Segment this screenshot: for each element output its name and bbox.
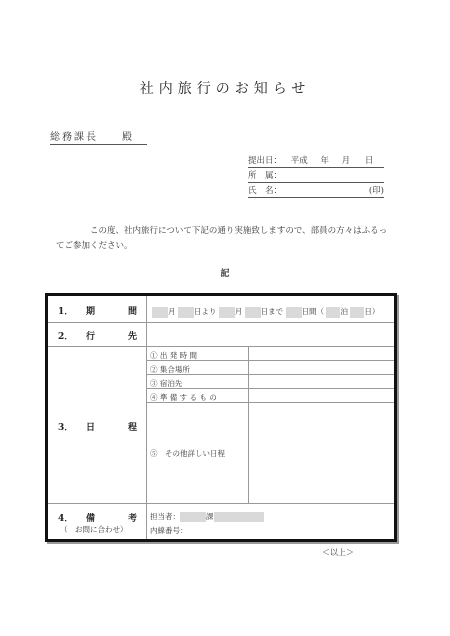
destination-input[interactable] [147,323,394,346]
seal-label: (印) [369,185,384,197]
row-remarks-label-a: 備 [86,511,95,524]
total-days-input[interactable] [350,307,364,318]
month-label: 月 [342,155,351,167]
contact-name-input[interactable] [214,512,264,522]
row-schedule-number: 3． [58,420,73,433]
period-field[interactable]: 月 日より 月 日まで 日間（ 泊 日） [152,306,379,318]
contact-field[interactable]: 担当者：課 [150,511,264,522]
extension-field[interactable]: 内線番号： [150,525,188,536]
nights-label: 泊 [340,307,348,316]
close-label: 日） [364,307,379,316]
ki-heading: 記 [0,266,450,279]
month2-label: 月 [235,307,243,316]
body-paragraph: この度、社内旅行について下記の通り実施致しますので、部員の方々はふるっ てご参加… [56,224,396,254]
until-label: 日まで [261,307,284,316]
name-label: 氏 名： [248,185,282,197]
row-destination-label-b: 先 [128,329,137,342]
departure-input[interactable] [249,347,394,360]
from-label: 日より [194,307,217,316]
row-destination-label-a: 行 [86,329,95,342]
submission-date-field[interactable]: 提出日： 平成 年 月 日 [248,155,384,168]
department-field[interactable]: 所 属： [248,170,384,183]
belongings-input[interactable] [249,389,394,402]
date-label: 提出日： [248,155,282,167]
schedule-item-lodging: ③ 宿泊先 [150,378,182,389]
lodging-input[interactable] [249,375,394,388]
section-input[interactable] [180,512,206,522]
body-line-1: この度、社内旅行について下記の通り実施致しますので、部員の方々はふるっ [90,226,387,236]
schedule-item-belongings: ④ 準 備 す る も の [150,392,217,403]
year-label: 年 [320,155,329,167]
section-suffix: 課 [206,512,214,521]
row-schedule-label-a: 日 [86,420,95,433]
row-period-label-a: 期 [86,304,95,317]
addressee: 総務課長 殿 [50,128,147,145]
meeting-place-input[interactable] [249,361,394,374]
day-label: 日 [365,155,374,167]
month1-input[interactable] [152,307,168,318]
row-remarks-number: 4． [58,511,73,524]
row-remarks-label-b: 考 [128,511,137,524]
details-table: 1． 期 間 月 日より 月 日まで 日間（ 泊 日） 2． 行 先 3． 日 … [45,293,397,542]
schedule-item-details: ⑤ その他詳しい日程 [150,448,225,459]
body-line-2: てご参加ください。 [22,239,133,254]
month2-input[interactable] [219,307,235,318]
extension-label: 内線番号： [150,526,188,535]
schedule-item-departure: ① 出 発 時 間 [150,350,197,361]
nights-input[interactable] [326,307,340,318]
days-label: 日間（ [302,307,325,316]
row-period-number: 1． [58,304,73,317]
document-title: 社内旅行のお知らせ [0,78,450,98]
contact-label: 担当者： [150,512,180,521]
name-field[interactable]: 氏 名： (印) [248,185,384,198]
days-input[interactable] [286,307,302,318]
era-label: 平成 [291,155,308,167]
row-destination-number: 2． [58,329,73,342]
inquiry-label: （ お問に合わせ） [60,524,128,535]
day1-input[interactable] [178,307,194,318]
day2-input[interactable] [245,307,261,318]
department-label: 所 属： [248,170,282,182]
row-period-label-b: 間 [128,304,137,317]
row-schedule-label-b: 程 [128,420,137,433]
closing-mark: ＜以上＞ [322,547,354,558]
schedule-item-meeting-place: ② 集合場所 [150,364,190,375]
details-input[interactable] [249,403,394,503]
month1-label: 月 [168,307,176,316]
